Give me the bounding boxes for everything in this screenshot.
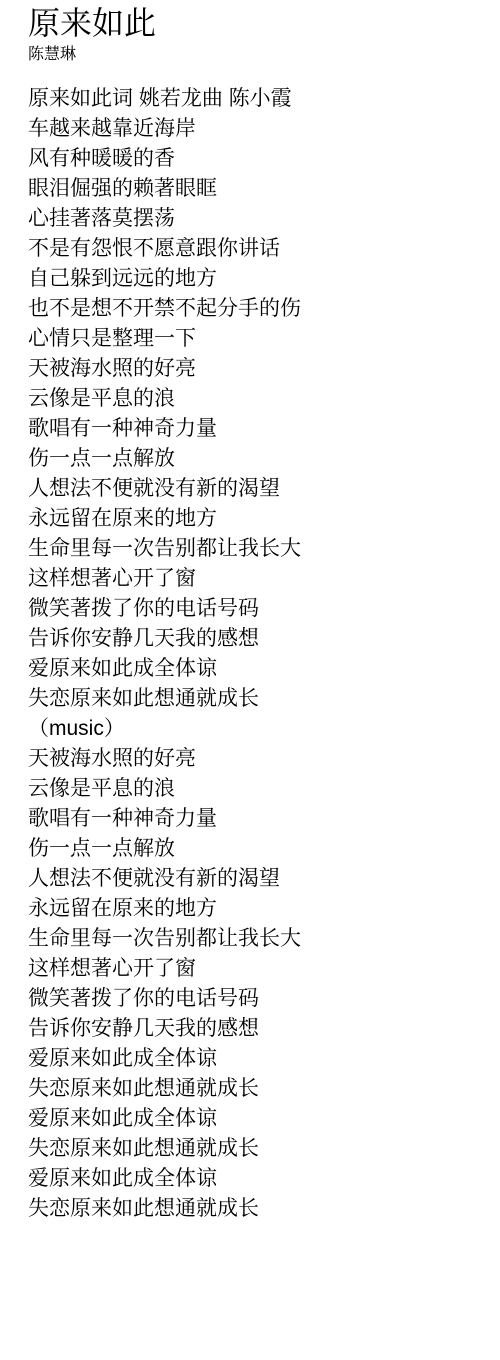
lyric-line: 人想法不便就没有新的渴望: [28, 864, 480, 894]
song-title: 原来如此: [28, 2, 480, 44]
lyric-line: 人想法不便就没有新的渴望: [28, 474, 480, 504]
lyric-line: 天被海水照的好亮: [28, 354, 480, 384]
lyric-line: 爱原来如此成全体谅: [28, 1044, 480, 1074]
artist-name: 陈慧琳: [28, 44, 480, 65]
credits-line: 原来如此词 姚若龙曲 陈小霞: [28, 84, 480, 114]
lyric-line: 不是有怨恨不愿意跟你讲话: [28, 234, 480, 264]
lyric-line: 伤一点一点解放: [28, 834, 480, 864]
lyric-line: 心挂著落莫摆荡: [28, 204, 480, 234]
lyric-line: 车越来越靠近海岸: [28, 114, 480, 144]
lyric-line: 生命里每一次告别都让我长大: [28, 924, 480, 954]
lyric-line: （music）: [28, 714, 480, 744]
lyrics-page: 原来如此 陈慧琳 原来如此词 姚若龙曲 陈小霞车越来越靠近海岸风有种暖暖的香眼泪…: [0, 0, 500, 1360]
lyric-line: 风有种暖暖的香: [28, 144, 480, 174]
lyric-line: 心情只是整理一下: [28, 324, 480, 354]
lyric-line: 眼泪倔强的赖著眼眶: [28, 174, 480, 204]
lyric-line: 自己躲到远远的地方: [28, 264, 480, 294]
lyric-line: 爱原来如此成全体谅: [28, 1104, 480, 1134]
lyric-line: 告诉你安静几天我的感想: [28, 1014, 480, 1044]
lyric-line: 这样想著心开了窗: [28, 564, 480, 594]
lyric-line: 也不是想不开禁不起分手的伤: [28, 294, 480, 324]
lyric-line: 歌唱有一种神奇力量: [28, 804, 480, 834]
lyric-line: 云像是平息的浪: [28, 384, 480, 414]
lyric-line: 失恋原来如此想通就成长: [28, 1074, 480, 1104]
lyric-line: 告诉你安静几天我的感想: [28, 624, 480, 654]
lyric-line: 微笑著拨了你的电话号码: [28, 594, 480, 624]
lyric-line: 这样想著心开了窗: [28, 954, 480, 984]
lyrics-container: 原来如此词 姚若龙曲 陈小霞车越来越靠近海岸风有种暖暖的香眼泪倔强的赖著眼眶心挂…: [28, 84, 480, 1224]
lyric-line: 歌唱有一种神奇力量: [28, 414, 480, 444]
lyric-line: 微笑著拨了你的电话号码: [28, 984, 480, 1014]
lyric-line: 天被海水照的好亮: [28, 744, 480, 774]
lyric-line: 失恋原来如此想通就成长: [28, 684, 480, 714]
lyric-line: 伤一点一点解放: [28, 444, 480, 474]
lyric-line: 爱原来如此成全体谅: [28, 654, 480, 684]
lyric-line: 失恋原来如此想通就成长: [28, 1194, 480, 1224]
lyric-line: 失恋原来如此想通就成长: [28, 1134, 480, 1164]
lyric-line: 永远留在原来的地方: [28, 504, 480, 534]
lyric-line: 爱原来如此成全体谅: [28, 1164, 480, 1194]
lyric-line: 云像是平息的浪: [28, 774, 480, 804]
lyric-line: 生命里每一次告别都让我长大: [28, 534, 480, 564]
lyric-line: 永远留在原来的地方: [28, 894, 480, 924]
